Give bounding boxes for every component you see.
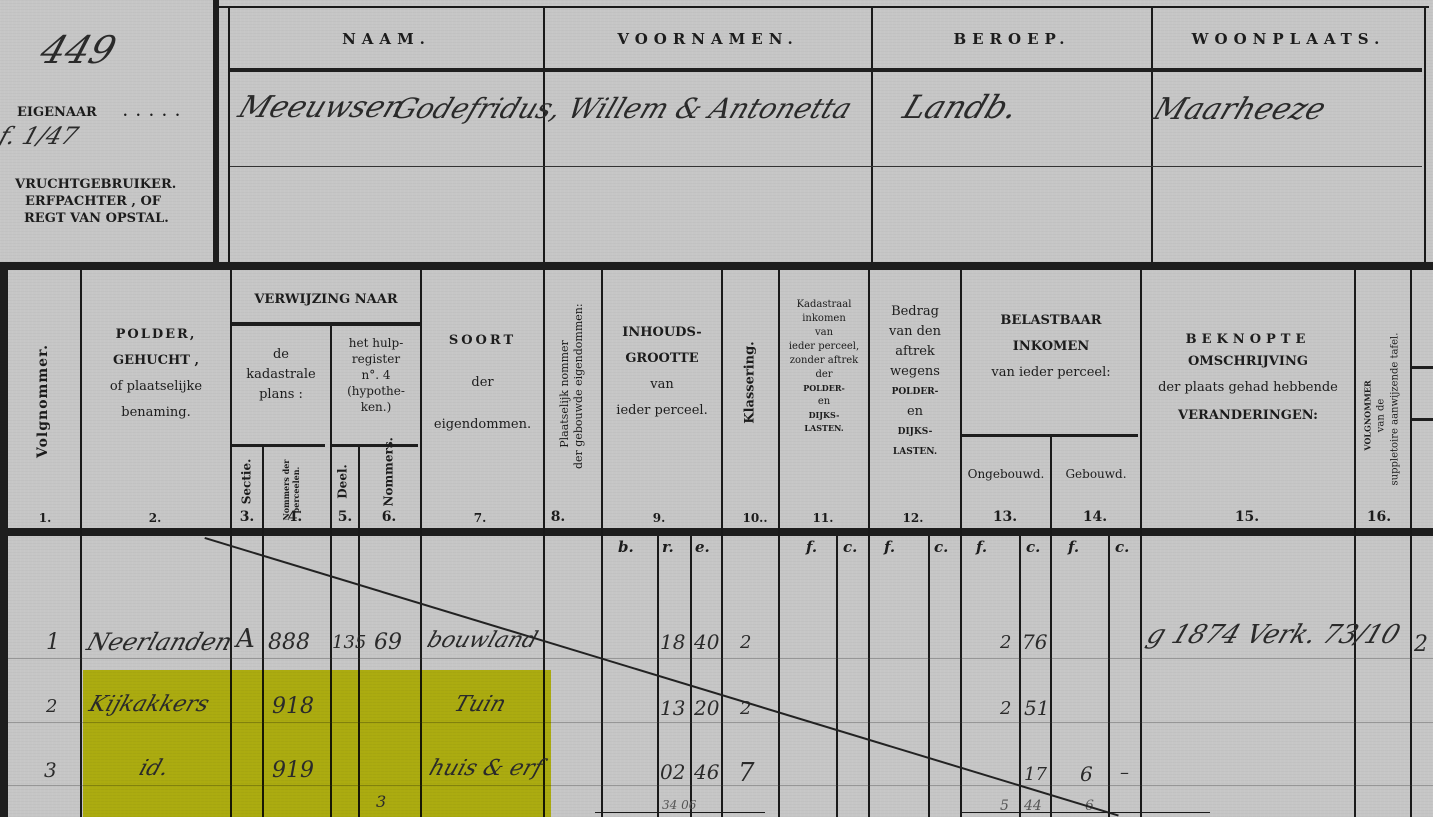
row1-nommer: 888 — [268, 630, 310, 655]
owner-frame-left — [213, 0, 219, 265]
col-line-13a — [1019, 536, 1021, 817]
col-line-15 — [1354, 270, 1356, 817]
col-line-9 — [721, 270, 723, 817]
row3-nommer: 919 — [272, 758, 314, 783]
row1-deel: 135 — [332, 632, 366, 653]
bedrag-l1: Bedrag — [870, 302, 960, 322]
header-klassering: Klassering. — [743, 338, 758, 428]
unit-c-12: c. — [934, 538, 948, 556]
total-grootte: 34 06 — [662, 798, 696, 812]
inhoud-l3: van — [603, 372, 721, 398]
unit-c-13: c. — [1026, 538, 1040, 556]
table-frame-left — [0, 262, 8, 817]
header-belastbaar-inkomen: BELASTBAAR INKOMEN van ieder perceel: — [962, 300, 1140, 394]
bedrag-l7: DIJKS- — [870, 422, 960, 442]
row3-ongebouwd-c: 17 — [1024, 764, 1047, 785]
colnum-16: 16. — [1364, 509, 1394, 525]
row1-klassering: 2 — [740, 632, 751, 653]
hulp-l4: (hypothe- — [332, 383, 420, 399]
row2-polder: Kijkakkers — [86, 692, 212, 717]
row1-ongebouwd-f: 2 — [1000, 632, 1011, 653]
kad-l7: POLDER- — [780, 382, 868, 395]
plaatselijk-l2: der gebouwde eigendommen: — [572, 319, 586, 469]
hulp-l1: het hulp- — [332, 335, 420, 351]
kad-l6: der — [780, 368, 868, 382]
eigenaar-label: EIGENAAR — [17, 104, 97, 121]
eigenaar-dots: . . . . . — [123, 104, 182, 121]
header-beknopte-omschrijving: BEKNOPTE OMSCHRIJVING der plaats gehad h… — [1142, 322, 1354, 434]
bedrag-l3: aftrek — [870, 342, 960, 362]
colnum-7: 7. — [465, 511, 495, 525]
row3-volgnommer: 3 — [44, 758, 57, 782]
right-edge-rule-a — [1412, 366, 1433, 369]
row2-volgnommer: 2 — [46, 696, 57, 717]
hulpregister-rule — [332, 444, 418, 447]
row1-soort: bouwland — [424, 628, 541, 653]
total-rule-area — [595, 812, 765, 813]
kadastrale-l1: de — [232, 345, 330, 365]
total-ongebouwd-c: 44 — [1024, 798, 1042, 814]
header-bedrag-aftrek: Bedrag van den aftrek wegens POLDER- en … — [870, 302, 960, 462]
header-beroep: BEROEP. — [873, 30, 1151, 48]
kad-l5: zonder aftrek — [780, 354, 868, 368]
row3-grootte-e: 46 — [694, 760, 719, 784]
page-number: 449 — [35, 28, 122, 72]
inhoud-l2: GROOTTE — [603, 346, 721, 372]
col-line-14a — [1108, 536, 1110, 817]
kad-l2: inkomen — [780, 312, 868, 326]
rule-row-1 — [8, 658, 1433, 659]
vruchtgebruiker-label-2: ERFPACHTER , OF — [25, 193, 161, 210]
eigenaar-beroep: Landb. — [898, 88, 1024, 126]
header-polder-l4: benaming. — [82, 400, 230, 426]
col-line-12a — [928, 536, 930, 817]
colnum-14: 14. — [1080, 509, 1110, 525]
vruchtgebruiker-label-1: VRUCHTGEBRUIKER. — [15, 176, 176, 193]
bedrag-l4: wegens — [870, 362, 960, 382]
kad-l3: van — [780, 326, 868, 340]
header-verwijzing: VERWIJZING NAAR — [232, 290, 420, 309]
hulp-l2: register — [332, 351, 420, 367]
row2-grootte-e: 20 — [694, 696, 719, 720]
owner-row-divider — [230, 166, 1422, 167]
total-ongebouwd-f: 5 — [1000, 798, 1009, 814]
row1-sectie: A — [236, 624, 255, 654]
owner-header-rule — [230, 68, 1422, 72]
header-deel: Deel. — [337, 457, 350, 507]
kad-l10: LASTEN. — [780, 422, 868, 435]
row1-suppletoir: 2 — [1414, 632, 1428, 657]
unit-c-14: c. — [1115, 538, 1129, 556]
colnum-12: 12. — [898, 511, 928, 525]
col-line-11a — [836, 536, 838, 817]
row1-nommer-hulp: 69 — [374, 630, 402, 655]
owner-frame-top — [219, 6, 1429, 8]
row1-ongebouwd-c: 76 — [1022, 630, 1047, 654]
header-sectie: Sectie. — [241, 457, 254, 507]
row3-nommer-hulp: 3 — [376, 792, 386, 811]
colnum-8: 8. — [543, 509, 573, 525]
soort-l2: der — [422, 362, 543, 404]
bedrag-l5: POLDER- — [870, 382, 960, 402]
colnum-5: 5. — [330, 509, 360, 525]
kad-l1: Kadastraal — [780, 298, 868, 312]
header-kadastraal-inkomen: Kadastraal inkomen van ieder perceel, zo… — [780, 298, 868, 435]
row2-soort: Tuin — [451, 692, 509, 717]
header-polder: POLDER, GEHUCHT , of plaatselijke benami… — [82, 322, 230, 426]
verwijzing-rule — [232, 322, 420, 326]
colnum-15: 15. — [1232, 509, 1262, 525]
header-voornamen: VOORNAMEN. — [545, 30, 871, 48]
colnum-11: 11. — [808, 511, 838, 525]
soort-l1: SOORT — [422, 320, 543, 362]
vruchtgebruiker-label-3: REGT VAN OPSTAL. — [24, 210, 169, 227]
plaatselijk-l1: Plaatselijk nommer — [558, 319, 572, 469]
header-kadastrale-plans: de kadastrale plans : — [232, 345, 330, 405]
bedrag-l2: van den — [870, 322, 960, 342]
eigenaar-naam: Meeuwsen — [234, 90, 410, 125]
bedrag-l8: LASTEN. — [870, 442, 960, 462]
kad-l4: ieder perceel, — [780, 340, 868, 354]
kad-l8: en — [780, 395, 868, 409]
row3-gebouwd-c: – — [1120, 762, 1129, 783]
kadastrale-l3: plans : — [232, 385, 330, 405]
colnum-2: 2. — [140, 511, 170, 525]
header-naam: NAAM. — [230, 30, 543, 48]
eigenaar-woonplaats: Maarheeze — [1149, 92, 1331, 127]
header-polder-l1: POLDER, — [82, 322, 230, 348]
row3-gebouwd-f: 6 — [1080, 762, 1093, 786]
unit-el: e. — [695, 538, 710, 556]
unit-roede: r. — [662, 538, 674, 556]
colnum-4: 4. — [280, 509, 310, 525]
header-hulpregister: het hulp- register n°. 4 (hypothe- ken.) — [332, 335, 420, 415]
belastbaar-rule — [962, 434, 1138, 437]
colnum-13: 13. — [990, 509, 1020, 525]
colnum-6: 6. — [374, 509, 404, 525]
kad-l9: DIJKS- — [780, 409, 868, 422]
header-polder-l2: GEHUCHT , — [82, 348, 230, 374]
header-nommers-hulp: Nommers. — [383, 447, 396, 507]
header-volgnommer: Volgnommer. — [35, 348, 51, 458]
kadastrale-l2: kadastrale — [232, 365, 330, 385]
unit-f-11: f. — [806, 538, 817, 556]
row2-ongebouwd-f: 2 — [1000, 698, 1011, 719]
unit-bunder: b. — [618, 538, 634, 556]
col-line-13 — [1050, 436, 1052, 817]
kadastrale-rule — [232, 444, 325, 447]
colnum-1: 1. — [30, 511, 60, 525]
suppl-l2: van de — [1375, 346, 1389, 486]
row1-volgnommer: 1 — [46, 630, 60, 655]
header-gebouwd: Gebouwd. — [1052, 465, 1140, 484]
row2-grootte-r: 13 — [660, 696, 685, 720]
col-line-9b — [690, 536, 692, 817]
unit-f-12: f. — [884, 538, 895, 556]
header-polder-l3: of plaatselijke — [82, 374, 230, 400]
bedrag-l6: en — [870, 402, 960, 422]
table-top-rule — [0, 262, 1433, 270]
row1-polder: Neerlanden — [83, 628, 235, 656]
header-ongebouwd: Ongebouwd. — [962, 465, 1050, 484]
suppl-l3: suppletoire aanwijzende tafel. — [1389, 346, 1403, 486]
right-edge-rule-b — [1412, 418, 1433, 421]
unit-f-13: f. — [976, 538, 987, 556]
eigenaar-voornamen: Godefridus, Willem & Antonetta — [389, 92, 857, 125]
row2-nommer: 918 — [272, 694, 314, 719]
colnum-10: 10.. — [735, 511, 775, 525]
suppl-l1: VOLGNOMMER — [1362, 346, 1375, 486]
col-line-16 — [1410, 270, 1412, 817]
hulp-l5: ken.) — [332, 399, 420, 415]
colnum-9: 9. — [644, 511, 674, 525]
row3-soort: huis & erf — [426, 756, 546, 781]
unit-c-11: c. — [843, 538, 857, 556]
unit-f-14: f. — [1068, 538, 1079, 556]
hulp-l3: n°. 4 — [332, 367, 420, 383]
inhoud-l4: ieder perceel. — [603, 398, 721, 424]
colnum-3: 3. — [232, 509, 262, 525]
row3-grootte-r: 02 — [660, 760, 685, 784]
header-soort: SOORT der eigendommen. — [422, 320, 543, 446]
header-inhoudsgrootte: INHOUDS- GROOTTE van ieder perceel. — [603, 320, 721, 424]
header-woonplaats: WOONPLAATS. — [1153, 30, 1424, 48]
header-plaatselijk-nommer: Plaatselijk nommer der gebouwde eigendom… — [558, 319, 586, 469]
header-volgnommer-suppletoir: VOLGNOMMER van de suppletoire aanwijzend… — [1362, 346, 1403, 486]
belastbaar-l3: van ieder perceel: — [962, 352, 1140, 394]
row1-grootte-e: 40 — [694, 630, 719, 654]
inhoud-l1: INHOUDS- — [603, 320, 721, 346]
row3-klassering: 7 — [738, 758, 755, 788]
row2-ongebouwd-c: 51 — [1024, 696, 1049, 720]
page-reference: f. 1/47 — [0, 122, 82, 150]
soort-l3: eigendommen. — [422, 404, 543, 446]
row1-veranderingen: g 1874 Verk. 73/10 — [1143, 620, 1405, 650]
row1-grootte-r: 18 — [660, 630, 685, 654]
owner-frame-right — [1424, 8, 1426, 263]
